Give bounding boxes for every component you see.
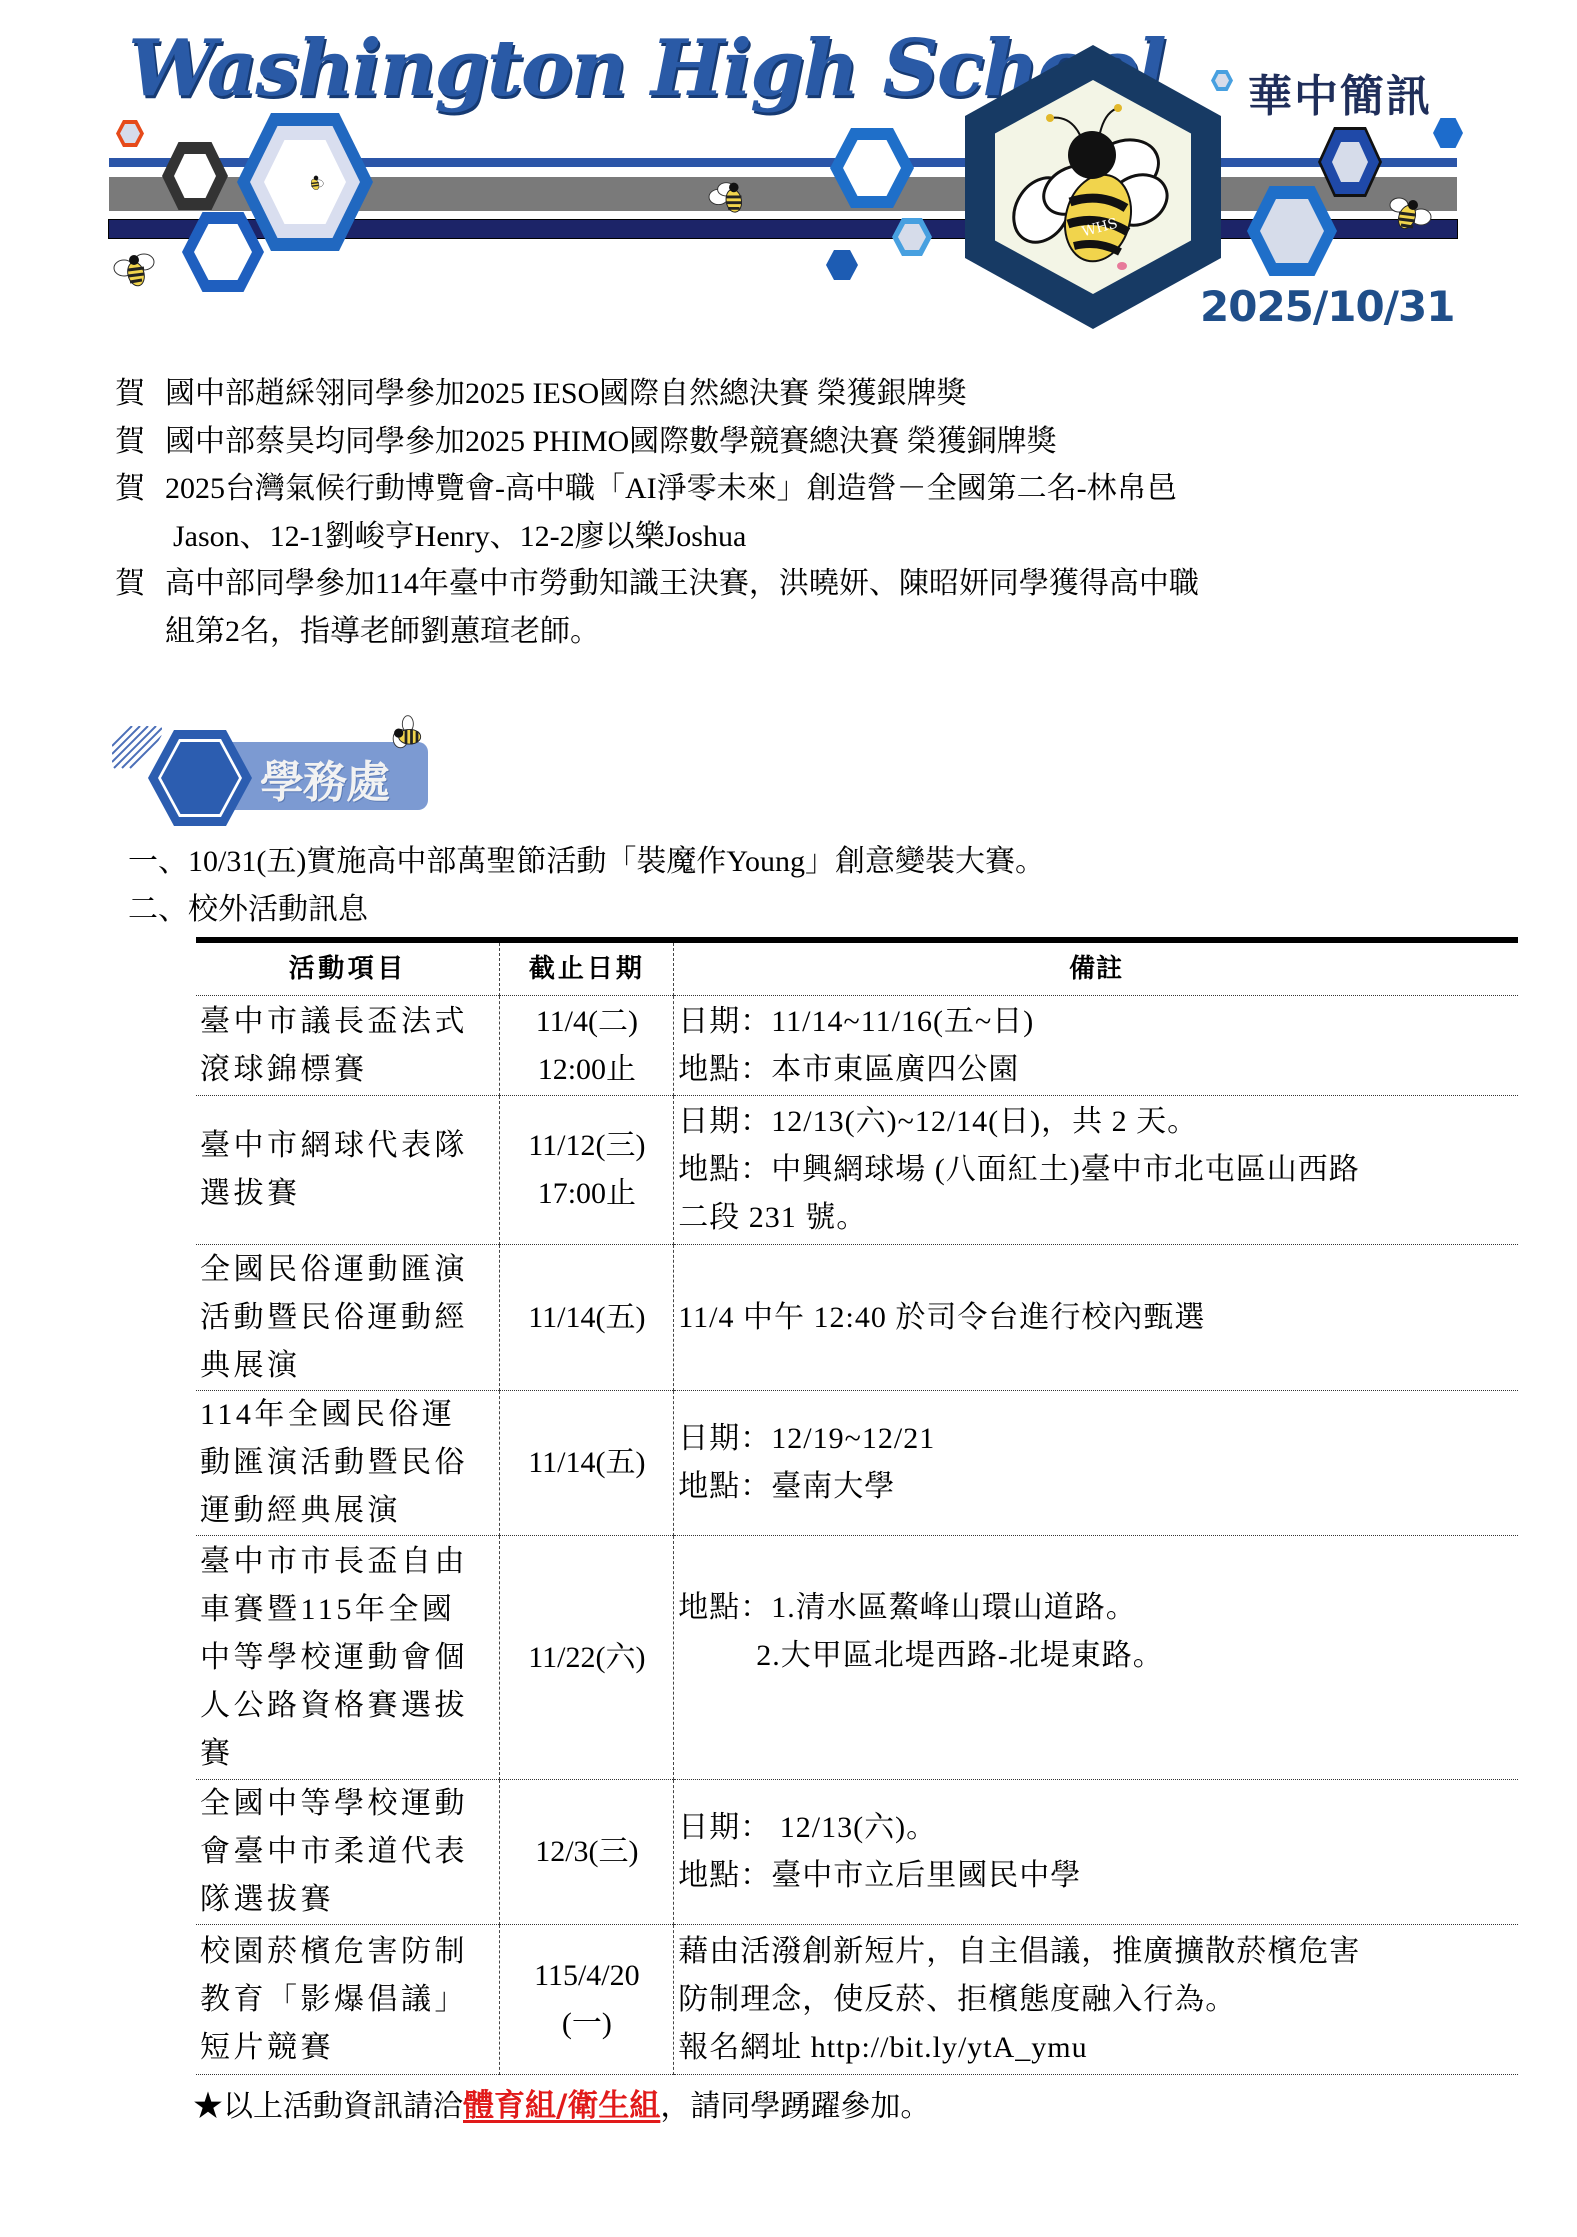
congrats-item: 賀 國中部蔡昊均同學參加2025 PHIMO國際數學競賽總決賽 榮獲銅牌獎	[115, 418, 1535, 466]
table-header-row: 活動項目 截止日期 備註	[196, 943, 1518, 996]
notes-cell: 日期： 12/13(六)。 地點：臺中市立后里國民中學	[674, 1780, 1518, 1925]
congrats-text: 國中部趙綵翎同學參加2025 IESO國際自然總決賽 榮獲銀牌獎	[165, 370, 967, 418]
activity-cell: 全國民俗運動匯演 活動暨民俗運動經 典展演	[196, 1245, 500, 1391]
congrats-item: 賀 高中部同學參加114年臺中市勞動知識王決賽，洪曉妍、陳昭妍同學獲得高中職	[115, 560, 1535, 608]
header-banner: Washington High School WHS	[0, 0, 1577, 340]
congrats-mark: 賀	[115, 560, 165, 608]
table-row: 臺中市議長盃法式 滾球錦標賽 11/4(二) 12:00止 日期：11/14~1…	[196, 996, 1518, 1096]
notes-cell: 地點：1.清水區鰲峰山環山道路。 2.大甲區北堤西路-北堤東路。	[674, 1536, 1518, 1780]
deadline-cell: 11/14(五)	[500, 1245, 674, 1391]
table-row: 臺中市市長盃自由 車賽暨115年全國 中等學校運動會個 人公路資格賽選拔 賽 1…	[196, 1536, 1518, 1780]
notes-cell: 藉由活潑創新短片，自主倡議，推廣擴散菸檳危害 防制理念，使反菸、拒檳態度融入行為…	[674, 1925, 1518, 2075]
table-row: 校園菸檳危害防制 教育「影爆倡議」 短片競賽 115/4/20 (一) 藉由活潑…	[196, 1925, 1518, 2075]
registration-link[interactable]: 報名網址 http://bit.ly/ytA_ymu	[678, 2024, 1514, 2072]
notes-cell: 日期：12/19~12/21 地點：臺南大學	[674, 1391, 1518, 1536]
activity-cell: 臺中市市長盃自由 車賽暨115年全國 中等學校運動會個 人公路資格賽選拔 賽	[196, 1536, 500, 1780]
section-title: 學務處	[260, 746, 389, 810]
notes-cell: 11/4 中午 12:40 於司令台進行校內甄選	[674, 1245, 1518, 1391]
congrats-item: 賀 2025台灣氣候行動博覽會-高中職「AI淨零未來」創造營－全國第二名-林帛邑	[115, 465, 1535, 513]
deadline-cell: 11/4(二) 12:00止	[500, 996, 674, 1096]
congrats-mark: 賀	[115, 418, 165, 466]
activity-cell: 114年全國民俗運 動匯演活動暨民俗 運動經典展演	[196, 1391, 500, 1536]
bee-icon	[1385, 190, 1433, 234]
congrats-text: 2025台灣氣候行動博覽會-高中職「AI淨零未來」創造營－全國第二名-林帛邑	[165, 465, 1177, 513]
congrats-text: 高中部同學參加114年臺中市勞動知識王決賽，洪曉妍、陳昭妍同學獲得高中職	[165, 560, 1199, 608]
congrats-text-continued: 組第2名，指導老師劉蕙瑄老師。	[115, 608, 1535, 656]
newsletter-name: 華中簡訊	[1248, 60, 1432, 124]
deadline-cell: 12/3(三)	[500, 1780, 674, 1925]
notes-cell: 日期：11/14~11/16(五~日) 地點：本市東區廣四公園	[674, 996, 1518, 1096]
column-header-notes: 備註	[674, 943, 1518, 996]
footer-note: ★以上活動資訊請洽體育組/衛生組，請同學踴躍參加。	[193, 2082, 930, 2131]
table-row: 全國民俗運動匯演 活動暨民俗運動經 典展演 11/14(五) 11/4 中午 1…	[196, 1245, 1518, 1391]
congrats-mark: 賀	[115, 465, 165, 513]
deadline-cell: 11/12(三) 17:00止	[500, 1096, 674, 1245]
congrats-item: 賀 國中部趙綵翎同學參加2025 IESO國際自然總決賽 榮獲銀牌獎	[115, 370, 1535, 418]
section-item: 一、10/31(五)實施高中部萬聖節活動「裝魔作Young」創意變裝大賽。	[128, 838, 1045, 886]
activity-cell: 全國中等學校運動 會臺中市柔道代表 隊選拔賽	[196, 1780, 500, 1925]
footer-prefix: 以上活動資訊請洽	[223, 2090, 463, 2123]
congrats-mark: 賀	[115, 370, 165, 418]
congrats-text: 國中部蔡昊均同學參加2025 PHIMO國際數學競賽總決賽 榮獲銅牌獎	[165, 418, 1057, 466]
notes-cell: 日期：12/13(六)~12/14(日)，共 2 天。 地點：中興網球場 (八面…	[674, 1096, 1518, 1245]
column-header-activity: 活動項目	[196, 943, 500, 996]
contact-office-highlight: 體育組/衛生組	[463, 2088, 660, 2124]
section-item: 二、校外活動訊息	[128, 886, 1045, 934]
bee-icon	[384, 712, 428, 756]
star-icon: ★	[193, 2090, 223, 2123]
deadline-cell: 11/22(六)	[500, 1536, 674, 1780]
bee-icon	[706, 176, 754, 216]
bee-icon	[110, 248, 158, 290]
small-solid-hexagon-icon	[826, 250, 858, 280]
footer-suffix: ，請同學踴躍參加。	[660, 2090, 930, 2123]
bee-mascot-icon: WHS	[1000, 100, 1190, 280]
section-items: 一、10/31(五)實施高中部萬聖節活動「裝魔作Young」創意變裝大賽。 二、…	[128, 838, 1045, 934]
activity-cell: 臺中市議長盃法式 滾球錦標賽	[196, 996, 500, 1096]
activity-cell: 臺中市網球代表隊 選拔賽	[196, 1096, 500, 1245]
table-row: 全國中等學校運動 會臺中市柔道代表 隊選拔賽 12/3(三) 日期： 12/13…	[196, 1780, 1518, 1925]
deadline-cell: 11/14(五)	[500, 1391, 674, 1536]
congratulations-list: 賀 國中部趙綵翎同學參加2025 IESO國際自然總決賽 榮獲銀牌獎 賀 國中部…	[115, 370, 1535, 655]
bee-icon	[305, 172, 327, 194]
column-header-deadline: 截止日期	[500, 943, 674, 996]
table-row: 114年全國民俗運 動匯演活動暨民俗 運動經典展演 11/14(五) 日期：12…	[196, 1391, 1518, 1536]
table-row: 臺中市網球代表隊 選拔賽 11/12(三) 17:00止 日期：12/13(六)…	[196, 1096, 1518, 1245]
deadline-cell: 115/4/20 (一)	[500, 1925, 674, 2075]
issue-date: 2025/10/31	[1200, 282, 1454, 331]
activity-cell: 校園菸檳危害防制 教育「影爆倡議」 短片競賽	[196, 1925, 500, 2075]
congrats-text-continued: Jason、12-1劉峻亨Henry、12-2廖以樂Joshua	[115, 513, 1535, 561]
section-header-student-affairs: 學務處	[112, 712, 432, 832]
small-solid-hexagon-right-icon	[1433, 118, 1463, 148]
